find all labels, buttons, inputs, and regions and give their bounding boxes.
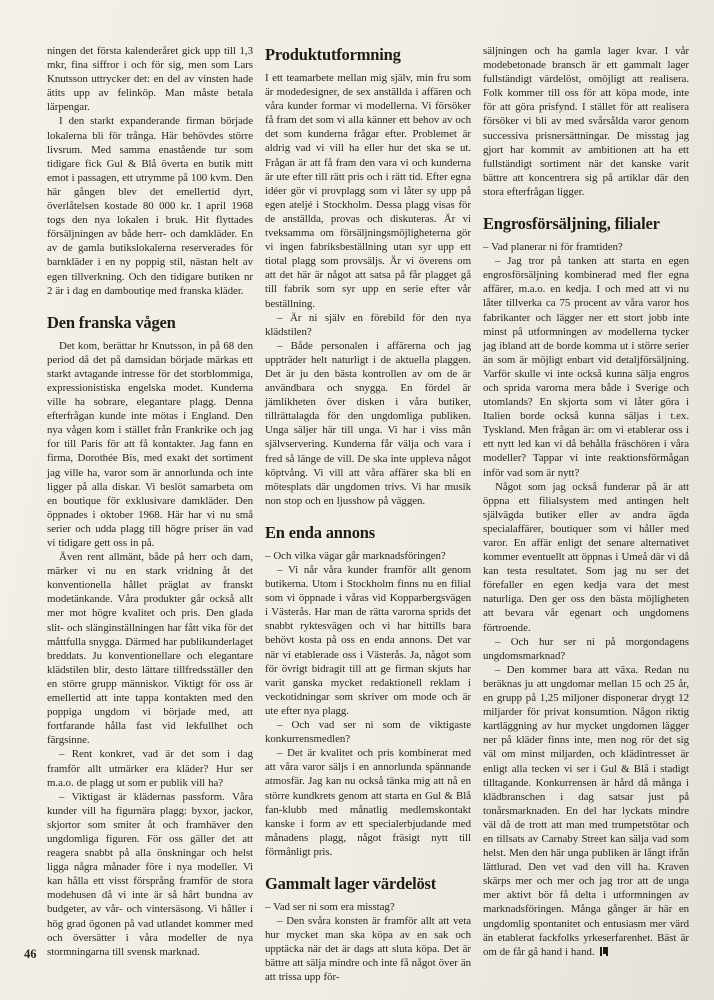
- paragraph: – Och vad ser ni som de viktigaste konku…: [265, 718, 471, 746]
- paragraph: Något som jag också funderar på är att ö…: [483, 480, 689, 635]
- paragraph: – Vad ser ni som era misstag?: [265, 900, 471, 914]
- paragraph: säljningen och ha gamla lager kvar. I vå…: [483, 44, 689, 199]
- paragraph: – Viktigast är klädernas passform. Våra …: [47, 790, 253, 959]
- paragraph: – Den svåra konsten är framför allt att …: [265, 914, 471, 984]
- section-heading: Engrosförsäljning, filialer: [483, 214, 689, 233]
- paragraph: – Både personalen i affärerna och jag up…: [265, 339, 471, 508]
- paragraph: I ett teamarbete mellan mig själv, min f…: [265, 71, 471, 311]
- magazine-page: ningen det första kalenderåret gick upp …: [0, 0, 714, 1000]
- paragraph: I den starkt expanderande firman började…: [47, 114, 253, 297]
- section-heading: Gammalt lager värdelöst: [265, 874, 471, 893]
- paragraph: – Och vilka vägar går marknadsföringen?: [265, 549, 471, 563]
- column-1: ningen det första kalenderåret gick upp …: [47, 44, 253, 985]
- article-columns: ningen det första kalenderåret gick upp …: [47, 44, 689, 985]
- paragraph: – Rent konkret, vad är det som i dag fra…: [47, 747, 253, 789]
- section-heading: Produktutformning: [265, 45, 471, 64]
- end-of-article-mark: [600, 947, 608, 956]
- column-3: säljningen och ha gamla lager kvar. I vå…: [483, 44, 689, 985]
- paragraph: – Och hur ser ni på morgondagens ungdoms…: [483, 635, 689, 663]
- column-2: ProduktutformningI ett teamarbete mellan…: [265, 44, 471, 985]
- paragraph: ningen det första kalenderåret gick upp …: [47, 44, 253, 114]
- paragraph: – Är ni själv en förebild för den nya kl…: [265, 311, 471, 339]
- paragraph: Det kom, berättar hr Knutsson, in på 68 …: [47, 339, 253, 550]
- paragraph: – Jag tror på tanken att starta en egen …: [483, 254, 689, 480]
- paragraph: – Det är kvalitet och pris kombinerat me…: [265, 746, 471, 859]
- paragraph: – Vi når våra kunder framför allt genom …: [265, 563, 471, 718]
- paragraph: – Vad planerar ni för framtiden?: [483, 240, 689, 254]
- page-number: 46: [24, 947, 37, 962]
- paragraph: Även rent allmänt, både på herr och dam,…: [47, 550, 253, 747]
- section-heading: En enda annons: [265, 523, 471, 542]
- paragraph: – Den kommer bara att växa. Redan nu ber…: [483, 663, 689, 959]
- section-heading: Den franska vågen: [47, 313, 253, 332]
